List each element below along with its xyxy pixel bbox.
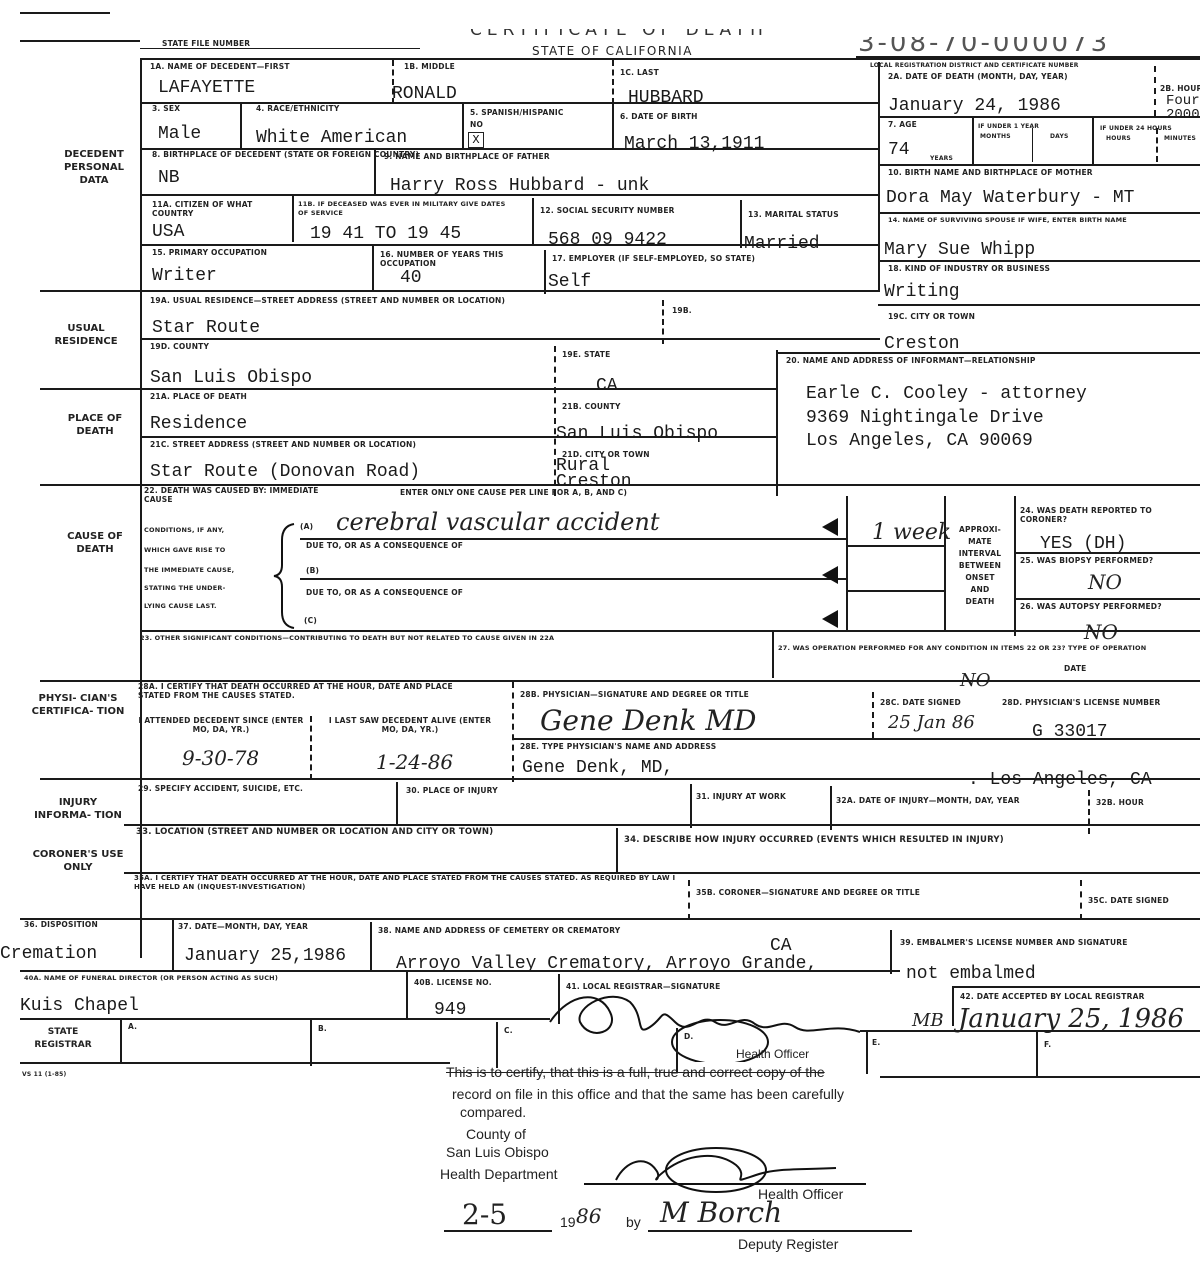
divider bbox=[406, 972, 408, 1018]
divider bbox=[544, 250, 546, 294]
row-divider bbox=[300, 538, 846, 540]
place-city-line-1: Rural bbox=[556, 458, 610, 475]
signature-underline bbox=[648, 1230, 912, 1232]
section-state-registrar: STATE REGISTRAR bbox=[18, 1026, 108, 1052]
certificate-number: 3-08-70-000073 bbox=[858, 28, 1110, 58]
cause-instruction: ENTER ONLY ONE CAUSE PER LINE FOR A, B, … bbox=[400, 488, 627, 497]
residence-city-value: Creston bbox=[884, 334, 960, 354]
disposition-date-value: January 25,1986 bbox=[184, 946, 346, 966]
age-value: 74 bbox=[888, 140, 910, 160]
section-residence: USUAL RESIDENCE bbox=[36, 322, 136, 348]
date-underline bbox=[444, 1230, 552, 1232]
row-divider bbox=[140, 338, 880, 340]
divider bbox=[612, 60, 614, 104]
section-divider bbox=[20, 918, 1200, 920]
divider bbox=[512, 682, 514, 782]
sex-value: Male bbox=[158, 124, 201, 144]
divider bbox=[688, 880, 690, 920]
hispanic-label: 5. SPANISH/HISPANIC bbox=[470, 108, 564, 117]
under-one-year-label: IF UNDER 1 YEAR bbox=[978, 122, 1039, 131]
interval-label-line: MATE bbox=[948, 536, 1012, 548]
last-name-label: 1C. LAST bbox=[620, 68, 659, 77]
divider bbox=[1088, 790, 1090, 834]
divider bbox=[370, 922, 372, 972]
physician-signature-label: 28B. PHYSICIAN—SIGNATURE AND DEGREE OR T… bbox=[520, 690, 749, 699]
state-file-number-label: STATE FILE NUMBER bbox=[162, 39, 250, 48]
deputy-register-label: Deputy Register bbox=[738, 1236, 838, 1253]
residence-19b-label: 19B. bbox=[672, 306, 692, 315]
divider bbox=[952, 986, 954, 1026]
hours-label: HOURS bbox=[1106, 134, 1131, 143]
deputy-signature: M Borch bbox=[660, 1196, 782, 1229]
first-name-label: 1A. NAME OF DECEDENT—FIRST bbox=[150, 62, 290, 71]
occupation-value: Writer bbox=[152, 266, 217, 286]
divider bbox=[462, 104, 464, 148]
certificate-subtitle: STATE OF CALIFORNIA bbox=[532, 44, 693, 58]
form-top-border bbox=[140, 58, 1200, 60]
brace-icon bbox=[270, 520, 300, 630]
embalmer-value: not embalmed bbox=[906, 964, 1036, 984]
divider bbox=[140, 48, 420, 49]
place-label: 21A. PLACE OF DEATH bbox=[150, 392, 247, 401]
spouse-label: 14. NAME OF SURVIVING SPOUSE IF WIFE, EN… bbox=[888, 216, 1198, 225]
other-conditions-label: 23. OTHER SIGNIFICANT CONDITIONS—CONTRIB… bbox=[140, 634, 770, 643]
funeral-director-value: Kuis Chapel bbox=[20, 996, 139, 1016]
conditions-text-1: CONDITIONS, IF ANY, bbox=[144, 526, 224, 535]
marital-label: 13. MARITAL STATUS bbox=[748, 210, 839, 219]
interval-label-line: BETWEEN bbox=[948, 560, 1012, 572]
interval-label-line: ONSET bbox=[948, 572, 1012, 584]
last-saw-value: 1-24-86 bbox=[376, 750, 453, 774]
registrar-box-f: F. bbox=[1044, 1040, 1051, 1049]
conditions-text-4: STATING THE UNDER- bbox=[144, 584, 225, 593]
arrow-left-icon bbox=[822, 610, 838, 628]
conditions-text-3: THE IMMEDIATE CAUSE, bbox=[144, 566, 234, 575]
cause-c-marker: (C) bbox=[304, 616, 317, 625]
divider bbox=[776, 350, 778, 496]
row-divider bbox=[878, 212, 1200, 214]
row-divider bbox=[846, 545, 946, 547]
attended-since-value: 9-30-78 bbox=[182, 746, 259, 770]
row-divider bbox=[878, 116, 1200, 118]
arrow-left-icon bbox=[822, 566, 838, 584]
residence-city-label: 19C. CITY OR TOWN bbox=[888, 312, 975, 321]
divider bbox=[292, 196, 294, 242]
form-bottom-border bbox=[880, 1076, 1200, 1078]
row-divider bbox=[140, 102, 880, 104]
dod-label: 2A. DATE OF DEATH (MONTH, DAY, YEAR) bbox=[888, 72, 1068, 81]
interval-label-line: INTERVAL bbox=[948, 548, 1012, 560]
mother-label: 10. BIRTH NAME AND BIRTHPLACE OF MOTHER bbox=[888, 168, 1093, 177]
days-label: DAYS bbox=[1050, 132, 1069, 141]
first-name-value: LAFAYETTE bbox=[158, 78, 255, 98]
section-decedent: DECEDENT PERSONAL DATA bbox=[52, 148, 136, 187]
interval-a-value: 1 week bbox=[872, 520, 951, 545]
margin-mark bbox=[20, 40, 140, 42]
place-county-value: San Luis Obispo bbox=[556, 424, 718, 444]
injury-date-label: 32A. DATE OF INJURY—MONTH, DAY, YEAR bbox=[836, 796, 1020, 805]
row-divider bbox=[140, 244, 880, 246]
section-divider bbox=[40, 388, 778, 390]
form-left-border bbox=[140, 58, 142, 958]
row-divider bbox=[878, 260, 1200, 262]
attestation-line-2: record on file in this office and that t… bbox=[452, 1086, 844, 1103]
spouse-value: Mary Sue Whipp bbox=[884, 240, 1035, 260]
attestation-date: 2-5 bbox=[462, 1198, 507, 1231]
funeral-license-label: 40B. LICENSE NO. bbox=[414, 978, 492, 987]
row-divider bbox=[20, 1018, 550, 1020]
attestation-line-3: compared. bbox=[460, 1104, 526, 1121]
citizen-value: USA bbox=[152, 222, 184, 242]
autopsy-value: NO bbox=[1084, 620, 1118, 644]
divider bbox=[374, 148, 376, 194]
industry-value: Writing bbox=[884, 282, 960, 302]
section-coroner: CORONER'S USE ONLY bbox=[30, 848, 126, 874]
due-to-label-2: DUE TO, OR AS A CONSEQUENCE OF bbox=[306, 588, 463, 597]
physician-name-value: Gene Denk, MD, bbox=[522, 758, 673, 778]
cemetery-label: 38. NAME AND ADDRESS OF CEMETERY OR CREM… bbox=[378, 926, 620, 935]
divider bbox=[1092, 118, 1094, 164]
residence-county-label: 19D. COUNTY bbox=[150, 342, 209, 351]
row-divider bbox=[140, 194, 880, 196]
occupation-label: 15. PRIMARY OCCUPATION bbox=[152, 248, 267, 257]
physician-address-value: . Los Angeles, CA bbox=[968, 770, 1152, 790]
row-divider bbox=[300, 578, 846, 580]
county-line-2: San Luis Obispo bbox=[446, 1144, 549, 1161]
divider bbox=[690, 784, 692, 828]
place-value: Residence bbox=[150, 414, 247, 434]
local-registrar-signature bbox=[540, 982, 880, 1062]
cause-a-marker: (A) bbox=[300, 522, 313, 531]
section-place-of-death: PLACE OF DEATH bbox=[50, 412, 140, 438]
interval-label: APPROXI- MATE INTERVAL BETWEEN ONSET AND… bbox=[948, 524, 1012, 608]
sex-label: 3. SEX bbox=[152, 104, 180, 113]
birthplace-value: NB bbox=[158, 168, 180, 188]
date-signed-value: 25 Jan 86 bbox=[888, 712, 975, 733]
dod-value: January 24, 1986 bbox=[888, 96, 1061, 116]
informant-line-3: Los Angeles, CA 90069 bbox=[806, 431, 1033, 451]
physician-signature: Gene Denk MD bbox=[540, 704, 756, 737]
divider bbox=[1156, 128, 1158, 162]
under-24-hours-label: IF UNDER 24 HOURS bbox=[1100, 124, 1172, 133]
interval-label-line: AND bbox=[948, 584, 1012, 596]
informant-line-1: Earle C. Cooley - attorney bbox=[806, 384, 1087, 404]
place-street-value: Star Route (Donovan Road) bbox=[150, 462, 420, 482]
section-divider bbox=[40, 778, 1200, 780]
ssn-label: 12. SOCIAL SECURITY NUMBER bbox=[540, 206, 675, 215]
divider bbox=[872, 692, 874, 738]
residence-county-value: San Luis Obispo bbox=[150, 368, 312, 388]
dob-value: March 13,1911 bbox=[624, 134, 764, 154]
coroner-reported-value: YES (DH) bbox=[1040, 534, 1126, 554]
funeral-license-value: 949 bbox=[434, 1000, 466, 1020]
divider bbox=[532, 198, 534, 246]
injury-location-label: 33. LOCATION (STREET AND NUMBER OR LOCAT… bbox=[136, 828, 493, 837]
divider bbox=[1080, 880, 1082, 920]
injury-hour-label: 32B. HOUR bbox=[1096, 798, 1144, 807]
ssn-value: 568 09 9422 bbox=[548, 230, 667, 250]
dob-label: 6. DATE OF BIRTH bbox=[620, 112, 698, 121]
registrar-box-d: D. bbox=[684, 1032, 693, 1041]
section-divider bbox=[140, 630, 1200, 632]
physician-certify-label: 28A. I CERTIFY THAT DEATH OCCURRED AT TH… bbox=[138, 682, 478, 700]
accident-label: 29. SPECIFY ACCIDENT, SUICIDE, ETC. bbox=[138, 784, 303, 793]
divider bbox=[310, 716, 312, 780]
row-divider bbox=[140, 436, 778, 438]
margin-mark bbox=[20, 12, 110, 14]
autopsy-label: 26. WAS AUTOPSY PERFORMED? bbox=[1020, 602, 1162, 611]
coroner-reported-label: 24. WAS DEATH REPORTED TO CORONER? bbox=[1020, 506, 1196, 524]
minutes-label: MINUTES bbox=[1164, 134, 1196, 143]
months-label: MONTHS bbox=[980, 132, 1011, 141]
divider bbox=[372, 246, 374, 290]
disposition-label: 36. DISPOSITION bbox=[24, 920, 98, 929]
citizen-label: 11A. CITIZEN OF WHAT COUNTRY bbox=[152, 200, 262, 218]
injury-at-work-label: 31. INJURY AT WORK bbox=[696, 792, 786, 801]
registrar-box-c: C. bbox=[504, 1026, 513, 1035]
place-street-label: 21C. STREET ADDRESS (STREET AND NUMBER O… bbox=[150, 440, 416, 449]
funeral-director-label: 40A. NAME OF FUNERAL DIRECTOR (OR PERSON… bbox=[24, 974, 278, 983]
row-divider bbox=[1014, 552, 1200, 554]
registrar-box-e: E. bbox=[872, 1038, 880, 1047]
row-divider bbox=[1014, 598, 1200, 600]
age-unit: YEARS bbox=[930, 154, 953, 163]
license-label: 28D. PHYSICIAN'S LICENSE NUMBER bbox=[1002, 698, 1160, 707]
middle-name-value: RONALD bbox=[392, 84, 457, 104]
local-reg-label: LOCAL REGISTRATION DISTRICT AND CERTIFIC… bbox=[870, 61, 1079, 70]
attestation-line-1: This is to certify, that this is a full,… bbox=[446, 1064, 825, 1081]
interval-label-line: DEATH bbox=[948, 596, 1012, 608]
row-divider bbox=[124, 824, 1200, 826]
residence-state-label: 19E. STATE bbox=[562, 350, 610, 359]
physician-name-label: 28E. TYPE PHYSICIAN'S NAME AND ADDRESS bbox=[520, 742, 716, 751]
divider bbox=[496, 1022, 498, 1068]
by-label: by bbox=[626, 1214, 641, 1231]
informant-line-2: 9369 Nightingale Drive bbox=[806, 408, 1044, 428]
race-label: 4. RACE/ETHNICITY bbox=[256, 104, 339, 113]
biopsy-value: NO bbox=[1088, 570, 1122, 594]
divider bbox=[396, 782, 398, 826]
race-value: White American bbox=[256, 128, 407, 148]
informant-label: 20. NAME AND ADDRESS OF INFORMANT—RELATI… bbox=[786, 356, 1036, 365]
date-signed-label: 28C. DATE SIGNED bbox=[880, 698, 961, 707]
section-divider bbox=[40, 290, 880, 292]
divider bbox=[310, 1020, 312, 1066]
registrar-box-b: B. bbox=[318, 1024, 327, 1033]
operation-label: 27. WAS OPERATION PERFORMED FOR ANY COND… bbox=[778, 644, 1198, 653]
row-divider bbox=[846, 590, 946, 592]
health-officer-label: Health Officer bbox=[736, 1046, 809, 1063]
row-divider bbox=[952, 986, 1200, 988]
accepted-label: 42. DATE ACCEPTED BY LOCAL REGISTRAR bbox=[960, 992, 1145, 1001]
form-bottom-border bbox=[20, 1062, 450, 1064]
divider bbox=[616, 828, 618, 872]
registrar-box-a: A. bbox=[128, 1022, 137, 1031]
year-prefix: 19 bbox=[560, 1214, 576, 1231]
divider bbox=[944, 496, 946, 632]
last-name-value: HUBBARD bbox=[628, 88, 704, 108]
divider bbox=[846, 496, 848, 632]
hispanic-checkbox[interactable]: X bbox=[468, 132, 484, 148]
coroner-date-label: 35C. DATE SIGNED bbox=[1088, 896, 1169, 905]
section-physician: PHYSI- CIAN'S CERTIFICA- TION bbox=[30, 692, 126, 718]
section-cause: CAUSE OF DEATH bbox=[50, 530, 140, 556]
last-saw-label: I LAST SAW DECEDENT ALIVE (ENTER MO, DA,… bbox=[320, 716, 500, 734]
row-divider bbox=[512, 738, 1200, 740]
divider bbox=[120, 1018, 122, 1064]
divider bbox=[972, 118, 974, 164]
due-to-label-1: DUE TO, OR AS A CONSEQUENCE OF bbox=[306, 541, 463, 550]
residence-street-label: 19A. USUAL RESIDENCE—STREET ADDRESS (STR… bbox=[150, 296, 505, 305]
row-divider bbox=[878, 164, 1200, 166]
industry-label: 18. KIND OF INDUSTRY OR BUSINESS bbox=[888, 264, 1050, 273]
row-divider bbox=[878, 304, 1200, 306]
arrow-left-icon bbox=[822, 518, 838, 536]
coroner-certify-label: 35A. I CERTIFY THAT DEATH OCCURRED AT TH… bbox=[134, 874, 684, 892]
county-line-1: County of bbox=[466, 1126, 526, 1143]
county-line-3: Health Department bbox=[440, 1166, 558, 1183]
cause-b-marker: (B) bbox=[306, 566, 319, 575]
certificate-title: CERTIFICATE OF DEATH bbox=[470, 20, 768, 40]
cause-header-label: 22. DEATH WAS CAUSED BY: IMMEDIATE CAUSE bbox=[144, 486, 344, 504]
divider bbox=[240, 102, 242, 148]
residence-state-value: CA bbox=[596, 376, 618, 396]
coroner-signature-label: 35B. CORONER—SIGNATURE AND DEGREE OR TIT… bbox=[696, 888, 920, 897]
registrar-initials: MB bbox=[912, 1010, 944, 1031]
residence-street-value: Star Route bbox=[152, 318, 260, 338]
injury-describe-label: 34. DESCRIBE HOW INJURY OCCURRED (EVENTS… bbox=[624, 836, 1004, 845]
row-divider bbox=[860, 1030, 1200, 1032]
divider bbox=[172, 920, 174, 970]
cause-a-value: cerebral vascular accident bbox=[336, 508, 659, 536]
embalmer-label: 39. EMBALMER'S LICENSE NUMBER AND SIGNAT… bbox=[900, 938, 1128, 947]
military-value: 19 41 TO 19 45 bbox=[310, 224, 461, 244]
conditions-text-5: LYING CAUSE LAST. bbox=[144, 602, 217, 611]
divider bbox=[612, 104, 614, 150]
biopsy-label: 25. WAS BIOPSY PERFORMED? bbox=[1020, 556, 1153, 565]
year-suffix: 86 bbox=[576, 1204, 601, 1228]
divider bbox=[740, 200, 742, 248]
military-label: 11B. IF DECEASED WAS EVER IN MILITARY GI… bbox=[298, 200, 508, 218]
father-value: Harry Ross Hubbard - unk bbox=[390, 176, 649, 196]
years-label: 16. NUMBER OF YEARS THIS OCCUPATION bbox=[380, 250, 510, 268]
hispanic-no-option: NO bbox=[470, 120, 483, 129]
father-label: 9. NAME AND BIRTHPLACE OF FATHER bbox=[384, 152, 550, 161]
employer-value: Self bbox=[548, 272, 591, 292]
disposition-date-label: 37. DATE—MONTH, DAY, YEAR bbox=[178, 922, 308, 931]
attended-since-label: I ATTENDED DECEDENT SINCE (ENTER MO, DA,… bbox=[138, 716, 304, 734]
divider bbox=[890, 930, 892, 974]
age-label: 7. AGE bbox=[888, 120, 917, 129]
employer-label: 17. EMPLOYER (IF SELF-EMPLOYED, SO STATE… bbox=[552, 254, 755, 263]
divider bbox=[866, 1030, 868, 1074]
section-injury: INJURY INFORMA- TION bbox=[30, 796, 126, 822]
divider bbox=[878, 62, 880, 292]
divider bbox=[1032, 128, 1033, 162]
birthplace-label: 8. BIRTHPLACE OF DECEDENT (STATE OR FORE… bbox=[152, 150, 419, 159]
cemetery-state: CA bbox=[770, 936, 792, 956]
hour-label: 2B. HOUR bbox=[1160, 84, 1200, 93]
divider bbox=[772, 632, 774, 678]
row-divider bbox=[776, 352, 1200, 354]
interval-label-line: APPROXI- bbox=[948, 524, 1012, 536]
years-value: 40 bbox=[400, 268, 422, 288]
row-divider bbox=[20, 970, 900, 972]
form-code: VS 11 (1-85) bbox=[22, 1070, 66, 1079]
divider bbox=[1014, 496, 1016, 636]
divider bbox=[1036, 1030, 1038, 1078]
operation-date-label: DATE bbox=[1064, 664, 1087, 673]
place-injury-label: 30. PLACE OF INJURY bbox=[406, 786, 498, 795]
divider bbox=[1154, 66, 1156, 116]
middle-name-label: 1B. MIDDLE bbox=[404, 62, 455, 71]
conditions-text-2: WHICH GAVE RISE TO bbox=[144, 546, 226, 555]
disposition-value: Cremation bbox=[0, 944, 132, 964]
place-county-label: 21B. COUNTY bbox=[562, 402, 621, 411]
mother-value: Dora May Waterbury - MT bbox=[886, 188, 1134, 208]
